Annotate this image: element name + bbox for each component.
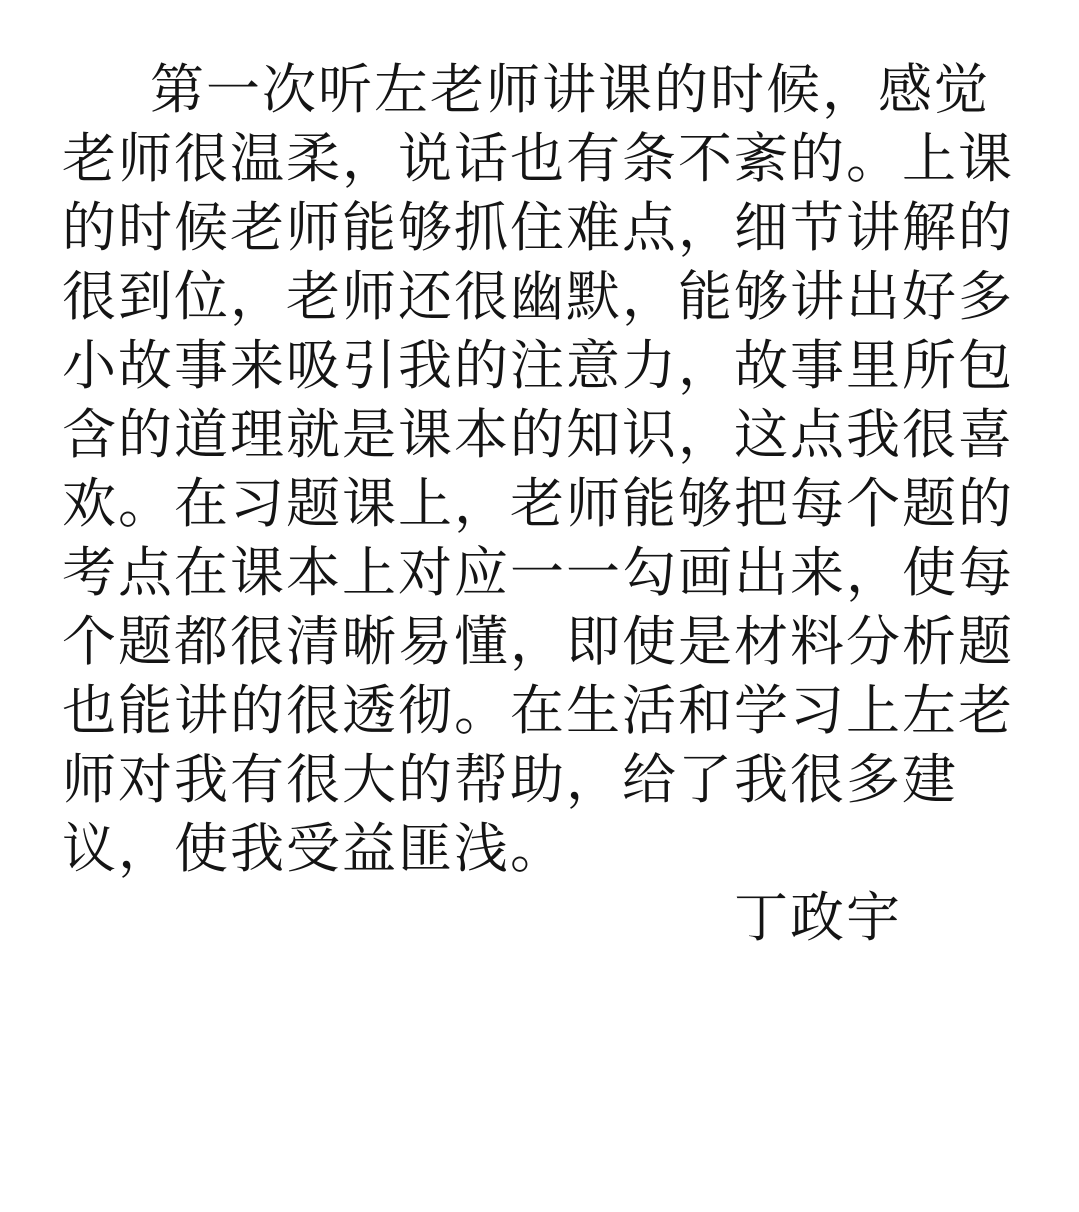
- document-page: 第一次听左老师讲课的时候，感觉 老师很温柔，说话也有条不紊的。上课 的时候老师能…: [0, 0, 1079, 1212]
- essay-text-block: 第一次听左老师讲课的时候，感觉 老师很温柔，说话也有条不紊的。上课 的时候老师能…: [62, 56, 1014, 953]
- essay-line: 欢。在习题课上，老师能够把每个题的: [62, 470, 1014, 539]
- signature: 丁政宇: [62, 884, 1014, 953]
- essay-line: 含的道理就是课本的知识，这点我很喜: [62, 401, 1014, 470]
- essay-line: 老师很温柔，说话也有条不紊的。上课: [62, 125, 1014, 194]
- essay-line: 很到位，老师还很幽默，能够讲出好多: [62, 263, 1014, 332]
- essay-line: 个题都很清晰易懂，即使是材料分析题: [62, 608, 1014, 677]
- essay-line: 小故事来吸引我的注意力，故事里所包: [62, 332, 1014, 401]
- essay-line: 的时候老师能够抓住难点，细节讲解的: [62, 194, 1014, 263]
- essay-line: 师对我有很大的帮助，给了我很多建: [62, 746, 1014, 815]
- essay-line: 议，使我受益匪浅。: [62, 815, 1014, 884]
- essay-line: 第一次听左老师讲课的时候，感觉: [62, 56, 1014, 125]
- essay-line: 考点在课本上对应一一勾画出来，使每: [62, 539, 1014, 608]
- essay-line: 也能讲的很透彻。在生活和学习上左老: [62, 677, 1014, 746]
